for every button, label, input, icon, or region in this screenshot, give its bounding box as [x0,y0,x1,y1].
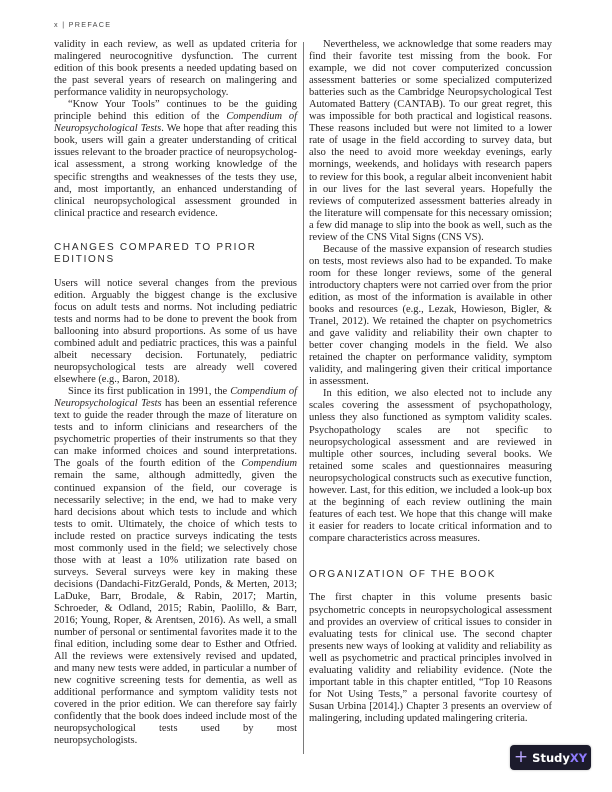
badge-label-xy: XY [570,751,587,765]
left-column: validity in each review, as well as upda… [54,39,297,748]
text-span: . We hope that after reading this book, … [54,123,297,218]
plus-icon: + [514,749,528,766]
paragraph: Nevertheless, we acknowledge that some r… [309,39,552,244]
paragraph: Users will notice several changes from t… [54,278,297,386]
paragraph: Because of the massive expansion of rese… [309,244,552,389]
paragraph: In this edition, we also elected not to … [309,388,552,545]
badge-label-study: Study [532,751,570,765]
text-span: Since its first publication in 1991, the [68,386,230,397]
studyxy-button[interactable]: + StudyXY [510,745,591,770]
right-column: Nevertheless, we acknowledge that some r… [309,39,552,725]
text-span: remain the same, al­though admittedly, g… [54,470,297,746]
paragraph: Since its first publication in 1991, the… [54,386,297,747]
paragraph: The first chapter in this volume present… [309,592,552,725]
paragraph: “Know Your Tools” continues to be the gu… [54,99,297,219]
book-title: Compendium [241,458,297,469]
section-heading-changes: CHANGES COMPARED TO PRIOR EDITIONS [54,242,297,267]
paragraph: validity in each review, as well as upda… [54,39,297,99]
column-divider [303,42,304,754]
section-heading-organization: ORGANIZATION OF THE BOOK [309,569,552,582]
running-head: x | PREFACE [54,20,111,29]
